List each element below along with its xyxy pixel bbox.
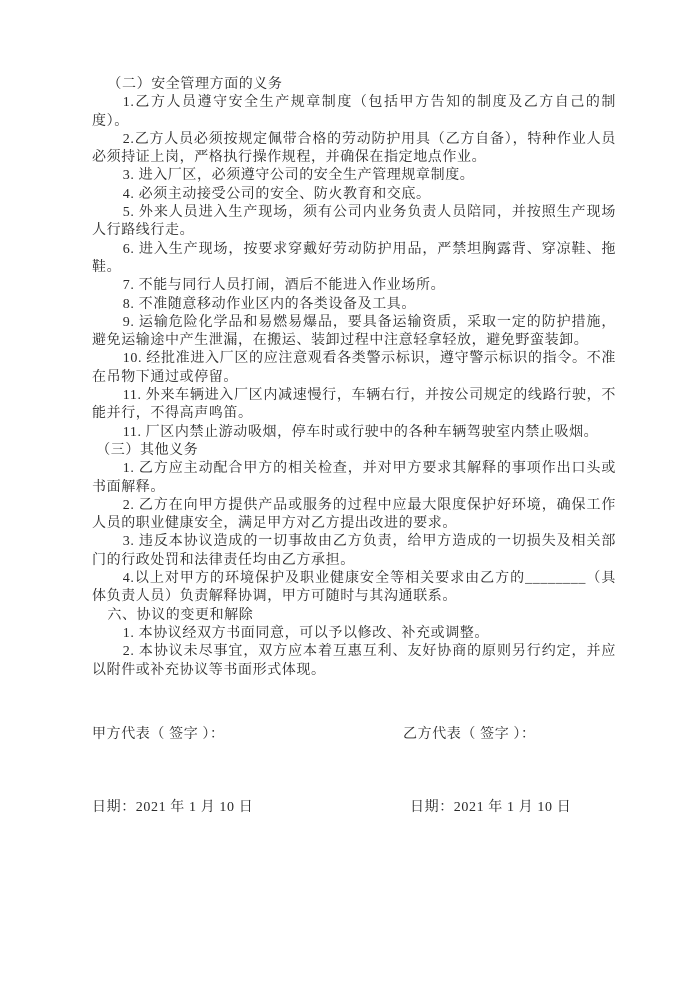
signature-row: 甲方代表（ 签字 ）： 乙方代表（ 签字 ）： (92, 726, 616, 745)
clause-agreement-amendment-1: 1. 本协议经双方书面同意，可以予以修改、补充或调整。 (92, 625, 616, 643)
party-b-date: 日期：2021 年 1 月 10 日 (410, 799, 571, 817)
clause-safety-management-duties-10: 10. 经批准进入厂区的应注意观看各类警示标识，遵守警示标识的指令。不准在吊物下… (92, 350, 616, 387)
clause-safety-management-duties-1: 1.乙方人员遵守安全生产规章制度（包括甲方告知的制度及乙方自己的制度）。 (92, 94, 616, 131)
party-b-signature-label: 乙方代表（ 签字 ）： (403, 726, 536, 744)
clause-other-duties-1: 1. 乙方应主动配合甲方的相关检查，并对甲方要求其解释的事项作出口头或书面解释。 (92, 460, 616, 497)
clause-safety-management-duties-12: 11. 厂区内禁止游动吸烟，停车时或行驶中的各种车辆驾驶室内禁止吸烟。 (92, 424, 616, 442)
agreement-body: （二）安全管理方面的义务1.乙方人员遵守安全生产规章制度（包括甲方告知的制度及乙… (0, 0, 700, 818)
clause-other-duties-3: 3. 违反本协议造成的一切事故由乙方负责，给甲方造成的一切损失及相关部门的行政处… (92, 533, 616, 570)
section-heading-agreement-amendment: 六、协议的变更和解除 (92, 607, 616, 625)
clause-safety-management-duties-3: 3. 进入厂区，必须遵守公司的安全生产管理规章制度。 (92, 167, 616, 185)
section-heading-safety-management-duties: （二）安全管理方面的义务 (92, 76, 616, 94)
party-a-date: 日期：2021 年 1 月 10 日 (92, 799, 253, 817)
clause-safety-management-duties-8: 8. 不准随意移动作业区内的各类设备及工具。 (92, 296, 616, 314)
date-row: 日期：2021 年 1 月 10 日 日期：2021 年 1 月 10 日 (92, 799, 616, 818)
clause-safety-management-duties-5: 5. 外来人员进入生产现场，须有公司内业务负责人员陪同，并按照生产现场人行路线行… (92, 204, 616, 241)
section-heading-other-duties: （三）其他义务 (92, 442, 616, 460)
document-page: （二）安全管理方面的义务1.乙方人员遵守安全生产规章制度（包括甲方告知的制度及乙… (0, 0, 700, 990)
clause-safety-management-duties-6: 6. 进入生产现场，按要求穿戴好劳动防护用品，严禁坦胸露背、穿凉鞋、拖鞋。 (92, 241, 616, 278)
clause-other-duties-2: 2. 乙方在向甲方提供产品或服务的过程中应最大限度保护好环境，确保工作人员的职业… (92, 497, 616, 534)
clause-safety-management-duties-2: 2.乙方人员必须按规定佩带合格的劳动防护用具（乙方自备），特种作业人员必须持证上… (92, 131, 616, 168)
clause-safety-management-duties-4: 4. 必须主动接受公司的安全、防火教育和交底。 (92, 186, 616, 204)
agreement-sections: （二）安全管理方面的义务1.乙方人员遵守安全生产规章制度（包括甲方告知的制度及乙… (92, 76, 616, 680)
clause-safety-management-duties-9: 9. 运输危险化学品和易燃易爆品，要具备运输资质，采取一定的防护措施，避免运输途… (92, 314, 616, 351)
clause-safety-management-duties-11: 11. 外来车辆进入厂区内减速慢行，车辆右行，并按公司规定的线路行驶，不能并行，… (92, 387, 616, 424)
party-a-signature-label: 甲方代表（ 签字 ）： (92, 726, 225, 744)
clause-other-duties-4: 4.以上对甲方的环境保护及职业健康安全等相关要求由乙方的________（具体负… (92, 570, 616, 607)
clause-safety-management-duties-7: 7. 不能与同行人员打闹，酒后不能进入作业场所。 (92, 277, 616, 295)
clause-agreement-amendment-2: 2. 本协议未尽事宜，双方应本着互惠互利、友好协商的原则另行约定，并应以附件或补… (92, 643, 616, 680)
